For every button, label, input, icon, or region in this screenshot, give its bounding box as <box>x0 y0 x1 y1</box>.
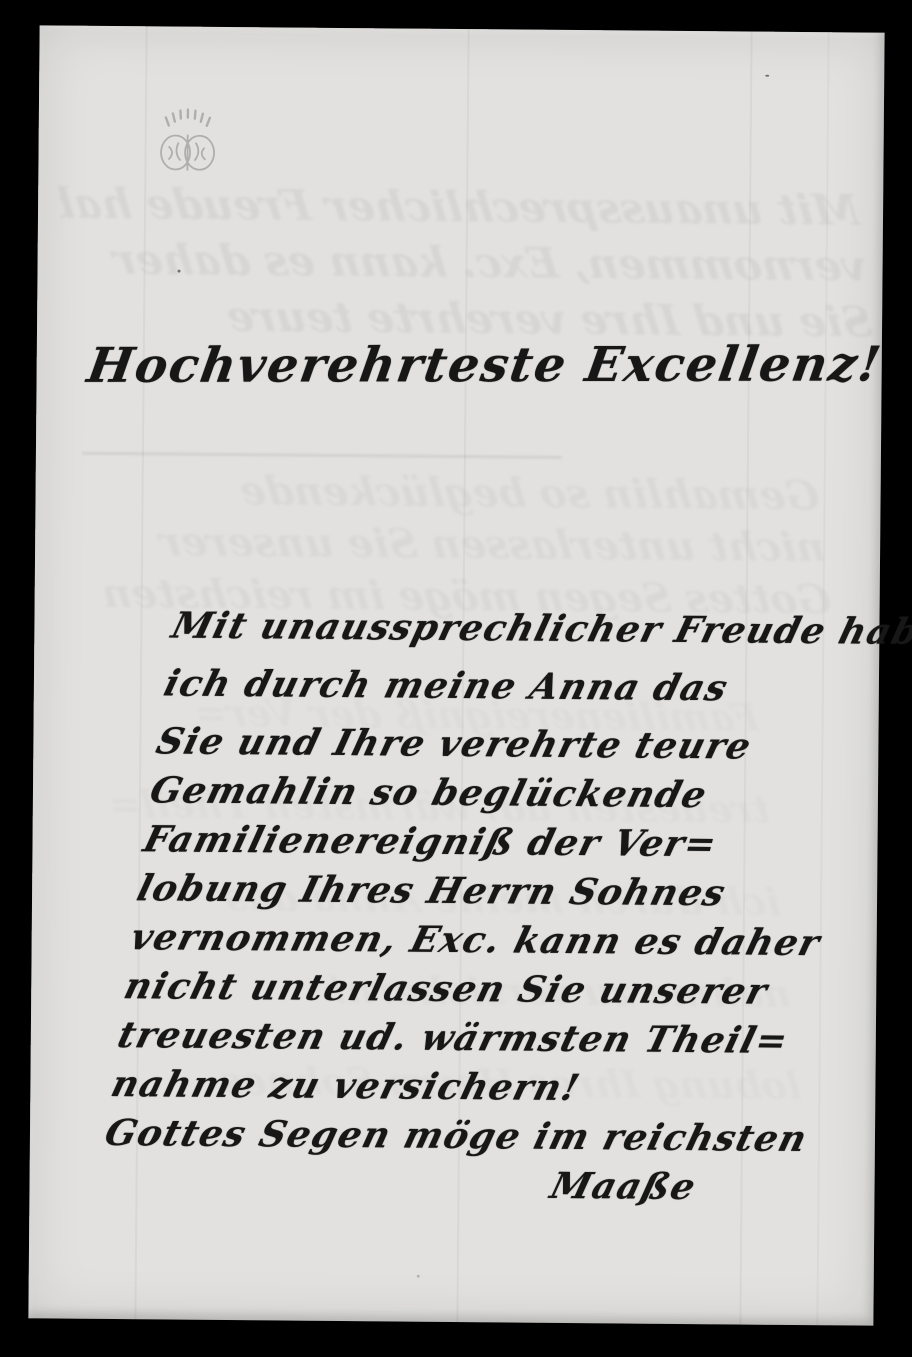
paper-speck <box>417 1275 420 1278</box>
paper-speck <box>765 75 769 77</box>
embossed-crown-monogram-icon <box>154 106 221 179</box>
paper-crease <box>82 452 562 459</box>
letter-page: Mit unaussprechlicher Freude habe vernom… <box>28 25 884 1325</box>
handwritten-line: Gemahlin so beglückende <box>145 766 902 821</box>
bleedthrough-writing: Mit unaussprechlicher Freude habe vernom… <box>56 175 875 350</box>
bleedthrough-writing: Gemahlin so beglückende nicht unterlasse… <box>56 463 834 626</box>
salutation: Hochverehrteste Excellenz! <box>84 337 886 394</box>
handwritten-line: lobung Ihres Herrn Sohnes <box>132 864 889 919</box>
handwritten-line: treuesten ud. wärmsten Theil= <box>112 1011 869 1066</box>
handwritten-line: Mit unaussprechlicher Freude habe <box>166 602 912 657</box>
handwritten-line: ich durch meine Anna das <box>159 660 912 715</box>
catchword: Maaße <box>545 1162 850 1213</box>
letter-body: Mit unaussprechlicher Freude habe ich du… <box>96 602 912 1214</box>
handwritten-line: Familienereigniß der Ver= <box>138 815 895 870</box>
handwritten-line: Gottes Segen möge im reichsten <box>100 1109 857 1164</box>
handwritten-line: nahme zu versichern! <box>106 1060 863 1115</box>
scanner-background: Mit unaussprechlicher Freude habe vernom… <box>0 0 912 1357</box>
handwritten-line: nicht unterlassen Sie unserer <box>119 962 876 1017</box>
handwritten-line: vernommen, Exc. kann es daher <box>125 913 882 968</box>
handwritten-line: Sie und Ihre verehrte teure <box>151 717 908 772</box>
